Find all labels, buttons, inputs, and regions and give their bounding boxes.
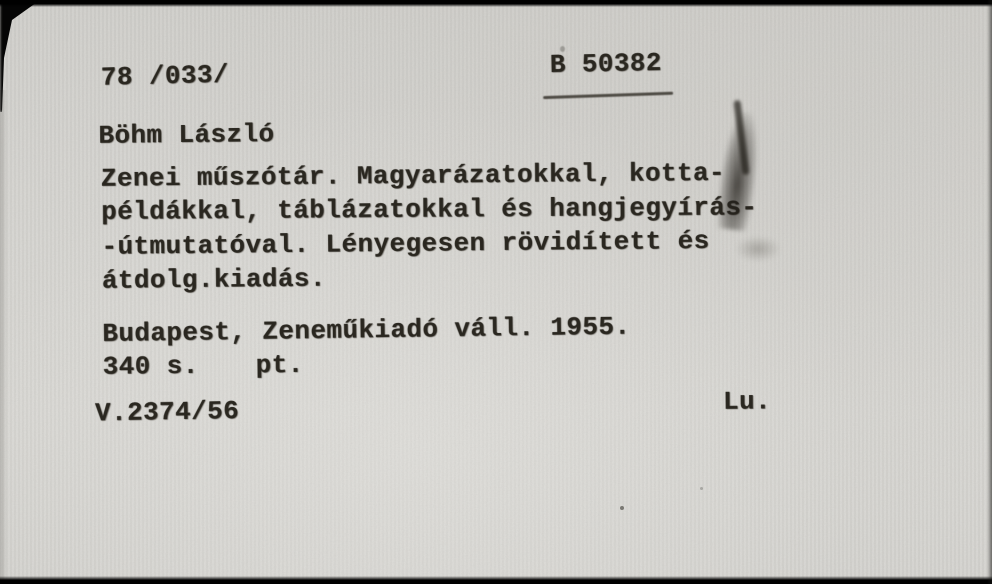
cataloguer-initials: Lu.: [723, 388, 771, 414]
paper-speck: [700, 487, 703, 490]
record-number: V.2374/56: [95, 398, 239, 426]
title-line: -útmutatóval. Lényegesen rövidített és: [101, 228, 709, 260]
inventory-number: B 50382: [550, 50, 662, 78]
right-edge-shadow: [987, 0, 992, 584]
paper-speck: [620, 506, 624, 510]
top-edge-shadow: [0, 0, 992, 7]
title-line: Zenei műszótár. Magyarázatokkal, kotta-: [101, 160, 725, 192]
bottom-edge-shadow: [0, 576, 992, 584]
ink-speck: [560, 46, 565, 52]
format-abbreviation: pt.: [256, 352, 304, 378]
title-line: példákkal, táblázatokkal és hangjegyírás…: [101, 194, 757, 225]
catalog-card: 78 /033/ B 50382 Böhm László Zenei műszó…: [0, 0, 992, 584]
inventory-number-underline: [543, 92, 673, 99]
typewritten-text-layer: 78 /033/ B 50382 Böhm László Zenei műszó…: [0, 0, 992, 584]
collation-line: 340 s.pt.: [103, 352, 304, 380]
left-edge-shadow: [0, 90, 7, 584]
imprint-line: Budapest, Zeneműkiadó váll. 1955.: [102, 314, 630, 347]
scan-background: 78 /033/ B 50382 Böhm László Zenei műszó…: [0, 0, 992, 584]
page-count: 340 s.: [103, 351, 199, 382]
title-line: átdolg.kiadás.: [102, 266, 326, 294]
call-number: 78 /033/: [101, 62, 230, 91]
ink-smudge-faint: [735, 236, 781, 262]
author-name: Böhm László: [98, 121, 274, 149]
